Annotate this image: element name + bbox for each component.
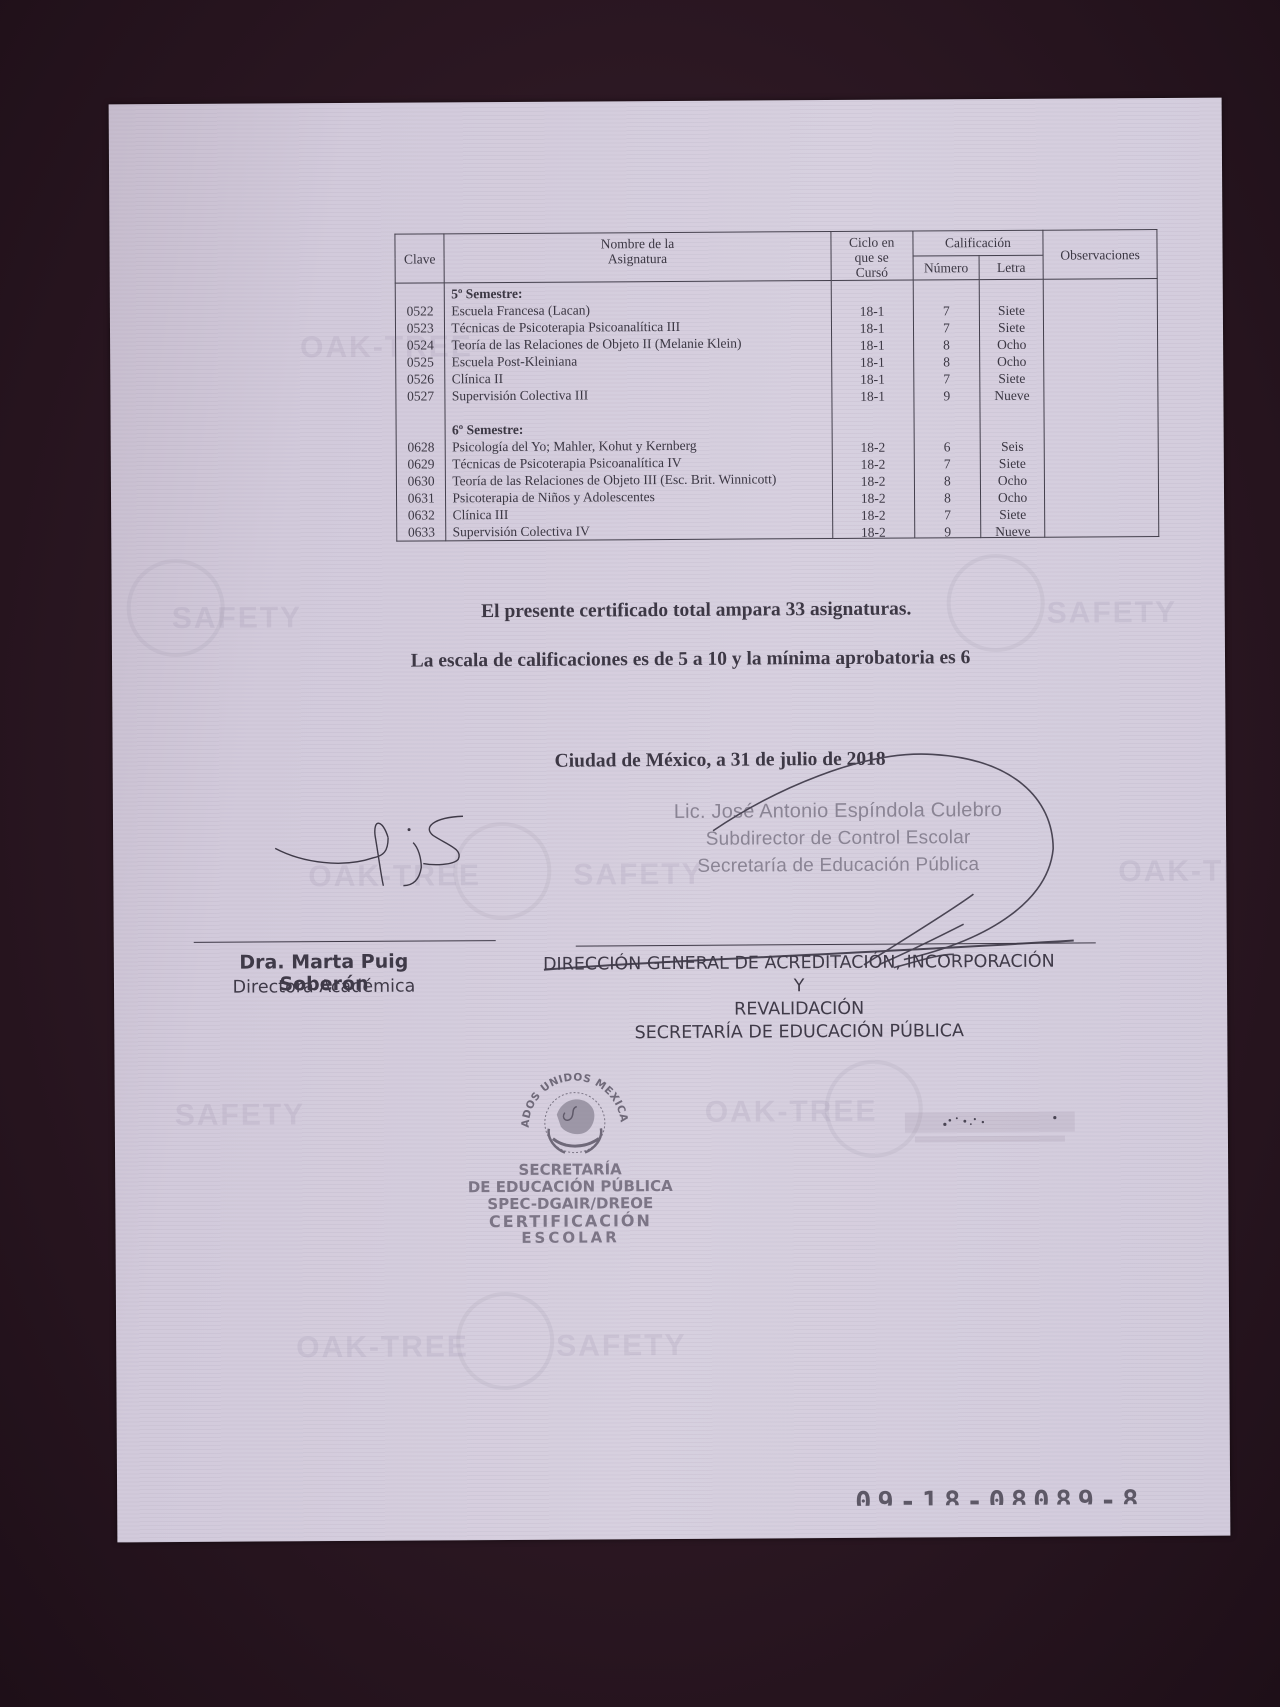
seal-text-block: SECRETARÍA DE EDUCACIÓN PÚBLICA SPEC-DGA… xyxy=(460,1161,681,1247)
faded-stamp-mark xyxy=(905,1094,1075,1150)
subject-cycle: 18-2 xyxy=(833,524,914,541)
watermark-oak-tree: OAK-TREE xyxy=(296,1330,469,1365)
spacer xyxy=(832,419,913,436)
spacer xyxy=(396,285,445,302)
certificate-page: OAK-TREE SAFETY SAFETY OAK-TREE SAFETY O… xyxy=(109,98,1231,1543)
subject-cycle: 18-2 xyxy=(832,490,913,507)
subject-name: Teoría de las Relaciones de Objeto III (… xyxy=(452,470,831,489)
subject-name: Supervisión Colectiva IV xyxy=(453,521,832,540)
seal-line-5: ESCOLAR xyxy=(461,1229,681,1247)
subject-cycle: 18-1 xyxy=(831,303,912,320)
header-ciclo-line1: Ciclo en xyxy=(831,235,912,250)
column-ciclo: 18-118-118-118-118-118-1 18-218-218-218-… xyxy=(831,280,915,538)
observation-cell xyxy=(1044,366,1157,384)
grade-letter: Seis xyxy=(981,438,1044,455)
header-letra: Letra xyxy=(979,255,1043,280)
column-observaciones xyxy=(1043,279,1158,538)
watermark-safety: SAFETY xyxy=(556,1329,687,1364)
subject-code: 0524 xyxy=(396,336,445,353)
grade-letter: Ocho xyxy=(980,353,1043,370)
grades-table: Clave Nombre de la Asignatura Ciclo en q… xyxy=(394,229,1159,542)
observation-cell xyxy=(1044,315,1157,333)
grade-number: 7 xyxy=(915,455,980,472)
subject-code: 0632 xyxy=(397,506,446,523)
subject-cycle: 18-2 xyxy=(832,473,913,490)
grading-scale-statement: La escala de calificaciones es de 5 a 10… xyxy=(134,645,1230,674)
signer-right-line3: SECRETARÍA DE EDUCACIÓN PÚBLICA xyxy=(539,1020,1059,1046)
grade-number: 8 xyxy=(914,353,979,370)
subject-cycle: 18-2 xyxy=(833,507,914,524)
watermark-seal-icon xyxy=(456,1292,555,1391)
observation-cell xyxy=(1045,502,1158,520)
grade-number: 9 xyxy=(915,523,980,540)
subject-code: 0522 xyxy=(396,302,445,319)
grade-number: 6 xyxy=(914,438,979,455)
spacer xyxy=(1045,400,1158,418)
observation-cell xyxy=(1045,485,1158,503)
signer-right-line2: REVALIDACIÓN xyxy=(539,997,1059,1023)
serial-number: 09-18-08089-8 xyxy=(855,1486,1144,1506)
signer-right-block: DIRECCIÓN GENERAL DE ACREDITACIÓN, INCOR… xyxy=(539,951,1060,1046)
subject-cycle: 18-2 xyxy=(832,456,913,473)
subject-cycle: 18-1 xyxy=(832,371,913,388)
observation-cell xyxy=(1044,349,1157,367)
header-observaciones: Observaciones xyxy=(1043,230,1157,280)
watermark-safety: SAFETY xyxy=(175,1098,306,1133)
header-nombre: Nombre de la Asignatura xyxy=(444,232,830,283)
header-ciclo-line3: Cursó xyxy=(831,265,912,280)
column-letra: SieteSieteOchoOchoSieteNueve SeisSieteOc… xyxy=(979,279,1045,537)
signer-right-line1: DIRECCIÓN GENERAL DE ACREDITACIÓN, INCOR… xyxy=(539,951,1059,1000)
grade-number: 8 xyxy=(915,489,980,506)
subject-code: 0628 xyxy=(397,438,446,455)
spacer xyxy=(1044,281,1157,299)
spacer xyxy=(914,282,979,299)
column-numero: 778879 678879 xyxy=(913,280,981,538)
column-clave: 052205230524052505260527 062806290630063… xyxy=(395,283,446,541)
subject-cycle: 18-2 xyxy=(832,439,913,456)
grade-number: 9 xyxy=(914,387,979,404)
grade-number: 7 xyxy=(914,319,979,336)
national-seal-icon: ESTADOS UNIDOS MEXICANOS xyxy=(514,1056,635,1177)
grade-letter: Siete xyxy=(980,302,1043,319)
grade-letter: Ocho xyxy=(980,336,1043,353)
spacer xyxy=(981,418,1044,435)
spacer xyxy=(914,418,979,435)
grade-letter: Ocho xyxy=(981,489,1044,506)
grade-number: 8 xyxy=(914,336,979,353)
seal-line-4: CERTIFICACIÓN xyxy=(460,1212,680,1230)
header-numero: Número xyxy=(913,255,979,280)
signature-line-left xyxy=(194,940,496,943)
grade-letter: Nueve xyxy=(981,523,1044,540)
subject-code: 0631 xyxy=(397,489,446,506)
grade-letter: Siete xyxy=(980,319,1043,336)
grade-number: 8 xyxy=(915,472,980,489)
subject-code: 0630 xyxy=(397,472,446,489)
subject-code: 0629 xyxy=(397,455,446,472)
spacer xyxy=(397,421,446,438)
subject-code: 0633 xyxy=(397,523,446,540)
signature-scribble-left xyxy=(263,807,483,888)
grade-letter: Siete xyxy=(981,506,1044,523)
header-calificacion: Calificación xyxy=(913,230,1043,255)
observation-cell xyxy=(1045,434,1158,452)
subject-cycle: 18-1 xyxy=(831,320,912,337)
grade-letter: Siete xyxy=(980,370,1043,387)
grade-number: 7 xyxy=(914,370,979,387)
spacer xyxy=(980,282,1043,299)
signature-scribble-right xyxy=(532,708,1154,982)
subject-cycle: 18-1 xyxy=(832,337,913,354)
header-ciclo-line2: que se xyxy=(831,250,912,265)
header-nombre-line2: Asignatura xyxy=(445,250,830,267)
subject-code: 0525 xyxy=(396,353,445,370)
spacer xyxy=(1045,417,1158,435)
signer-left-title: Directora Académica xyxy=(194,976,454,998)
subject-code: 0526 xyxy=(396,370,445,387)
observation-cell xyxy=(1045,468,1158,486)
spacer xyxy=(831,283,912,300)
subject-code: 0523 xyxy=(396,319,445,336)
grade-letter: Siete xyxy=(981,455,1044,472)
spacer xyxy=(396,404,445,421)
observation-cell xyxy=(1044,383,1157,401)
header-ciclo: Ciclo en que se Cursó xyxy=(830,231,913,281)
grade-number: 7 xyxy=(915,506,980,523)
subject-cycle: 18-1 xyxy=(832,354,913,371)
grade-number: 7 xyxy=(914,302,979,319)
observation-cell xyxy=(1045,451,1158,469)
grade-letter: Nueve xyxy=(980,387,1043,404)
header-clave: Clave xyxy=(395,234,445,283)
subject-code: 0527 xyxy=(396,387,445,404)
observation-cell xyxy=(1044,298,1157,316)
observation-cell xyxy=(1044,332,1157,350)
observation-cell xyxy=(1045,519,1158,537)
grade-letter: Ocho xyxy=(981,472,1044,489)
subject-cycle: 18-1 xyxy=(832,388,913,405)
column-nombre: 5º Semestre:Escuela Francesa (Lacan)Técn… xyxy=(445,281,833,541)
